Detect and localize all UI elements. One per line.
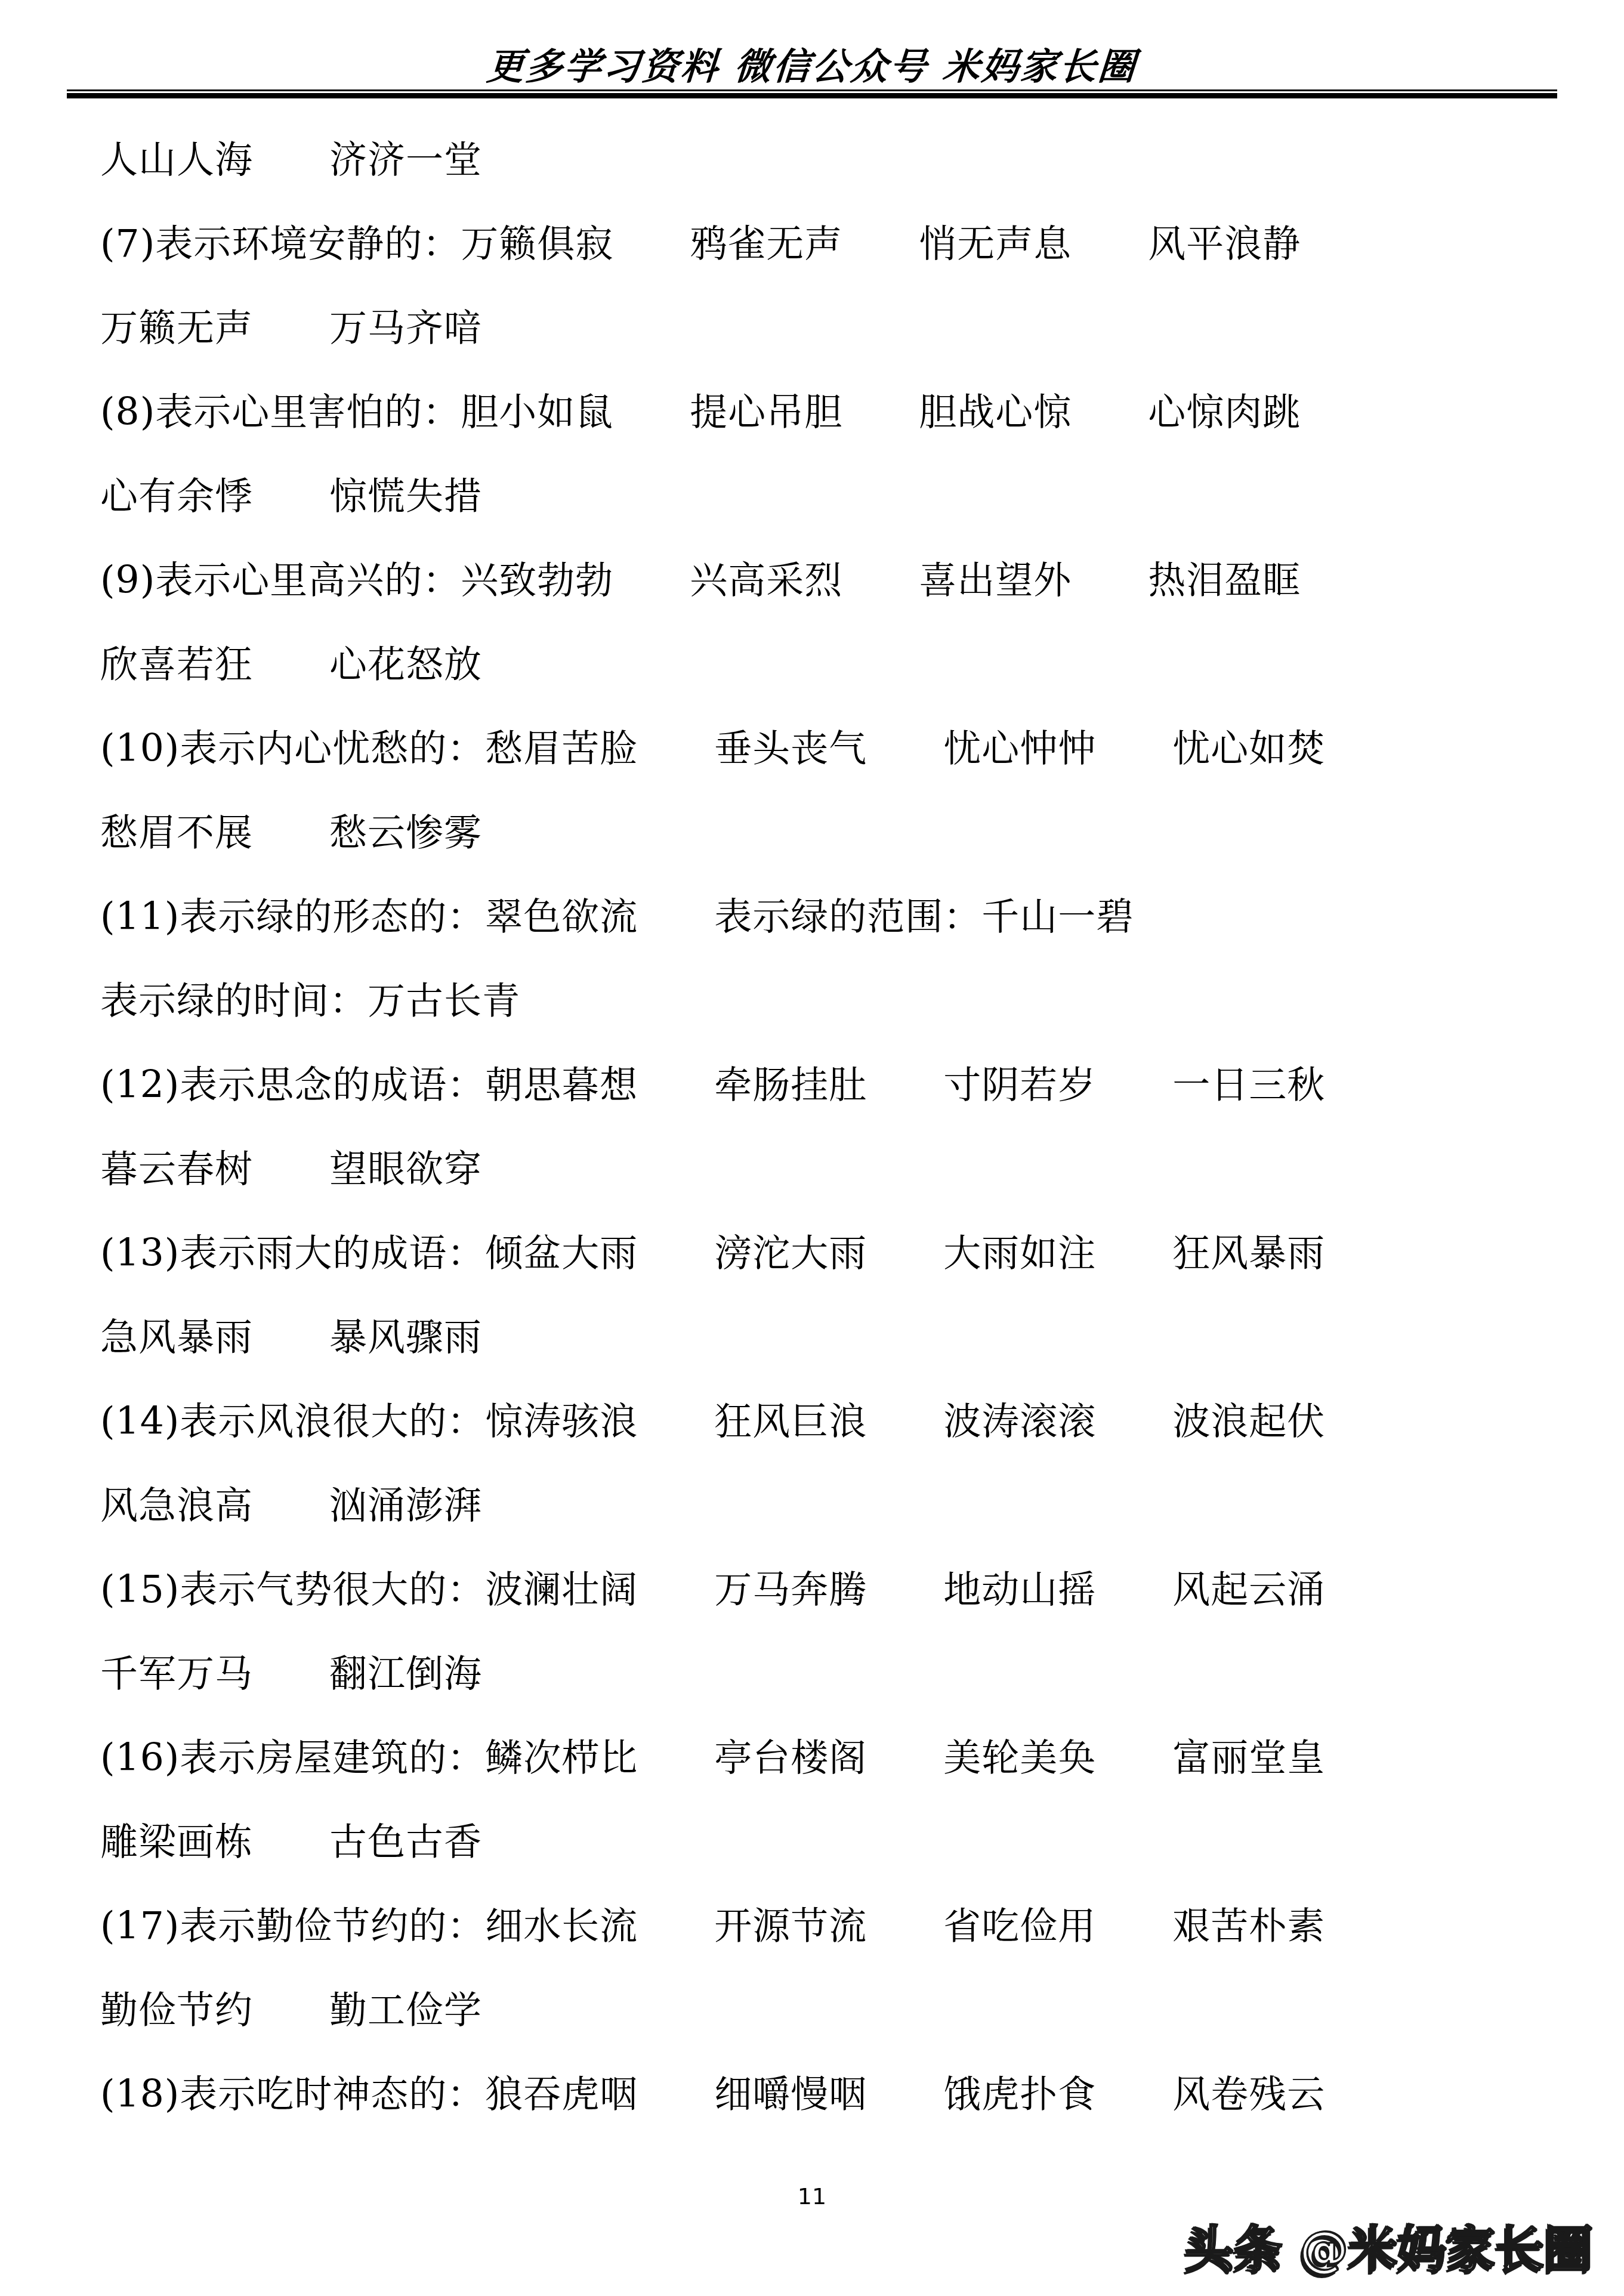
idiom-line: 千军万马 翻江倒海 <box>100 1628 1558 1713</box>
idiom-line: (7)表示环境安静的：万籁俱寂 鸦雀无声 悄无声息 风平浪静 <box>100 199 1558 283</box>
idiom-line: (11)表示绿的形态的：翠色欲流 表示绿的范围：千山一碧 <box>100 872 1558 956</box>
idiom-line: (8)表示心里害怕的：胆小如鼠 提心吊胆 胆战心惊 心惊肉跳 <box>100 367 1558 451</box>
header-divider <box>67 89 1557 98</box>
divider-thick-line <box>67 93 1557 98</box>
toutiao-watermark: 头条 @米妈家长圈 <box>1184 2211 1593 2280</box>
idiom-line: (9)表示心里高兴的：兴致勃勃 兴高采烈 喜出望外 热泪盈眶 <box>100 535 1558 619</box>
idiom-line: 勤俭节约 勤工俭学 <box>100 1965 1558 2049</box>
divider-thin-line <box>67 89 1557 91</box>
header-title: 更多学习资料 微信公众号 米妈家长圈 <box>0 37 1624 90</box>
idiom-line: (17)表示勤俭节约的：细水长流 开源节流 省吃俭用 艰苦朴素 <box>100 1881 1558 1965</box>
idiom-line: 心有余悸 惊慌失措 <box>100 451 1558 535</box>
idiom-line: (13)表示雨大的成语：倾盆大雨 滂沱大雨 大雨如注 狂风暴雨 <box>100 1208 1558 1292</box>
idiom-line: (12)表示思念的成语：朝思暮想 牵肠挂肚 寸阴若岁 一日三秋 <box>100 1040 1558 1124</box>
idiom-line: 急风暴雨 暴风骤雨 <box>100 1292 1558 1376</box>
idiom-line: (15)表示气势很大的：波澜壮阔 万马奔腾 地动山摇 风起云涌 <box>100 1544 1558 1628</box>
idiom-line: 雕梁画栋 古色古香 <box>100 1797 1558 1881</box>
idiom-line: 风急浪高 汹涌澎湃 <box>100 1460 1558 1544</box>
idiom-line: (10)表示内心忧愁的：愁眉苦脸 垂头丧气 忧心忡忡 忧心如焚 <box>100 703 1558 787</box>
idiom-line: (18)表示吃时神态的：狼吞虎咽 细嚼慢咽 饿虎扑食 风卷残云 <box>100 2049 1558 2133</box>
idiom-line: 万籁无声 万马齐喑 <box>100 283 1558 367</box>
idiom-list: 人山人海 济济一堂 (7)表示环境安静的：万籁俱寂 鸦雀无声 悄无声息 风平浪静… <box>100 115 1558 2133</box>
idiom-line: 表示绿的时间：万古长青 <box>100 956 1558 1040</box>
idiom-line: 愁眉不展 愁云惨雾 <box>100 787 1558 872</box>
idiom-line: (16)表示房屋建筑的：鳞次栉比 亭台楼阁 美轮美奂 富丽堂皇 <box>100 1713 1558 1797</box>
page-number: 11 <box>0 2183 1624 2210</box>
idiom-line: (14)表示风浪很大的：惊涛骇浪 狂风巨浪 波涛滚滚 波浪起伏 <box>100 1376 1558 1460</box>
document-page: 更多学习资料 微信公众号 米妈家长圈 人山人海 济济一堂 (7)表示环境安静的：… <box>0 0 1624 2296</box>
idiom-line: 欣喜若狂 心花怒放 <box>100 619 1558 703</box>
idiom-line: 暮云春树 望眼欲穿 <box>100 1124 1558 1208</box>
idiom-line: 人山人海 济济一堂 <box>100 115 1558 199</box>
